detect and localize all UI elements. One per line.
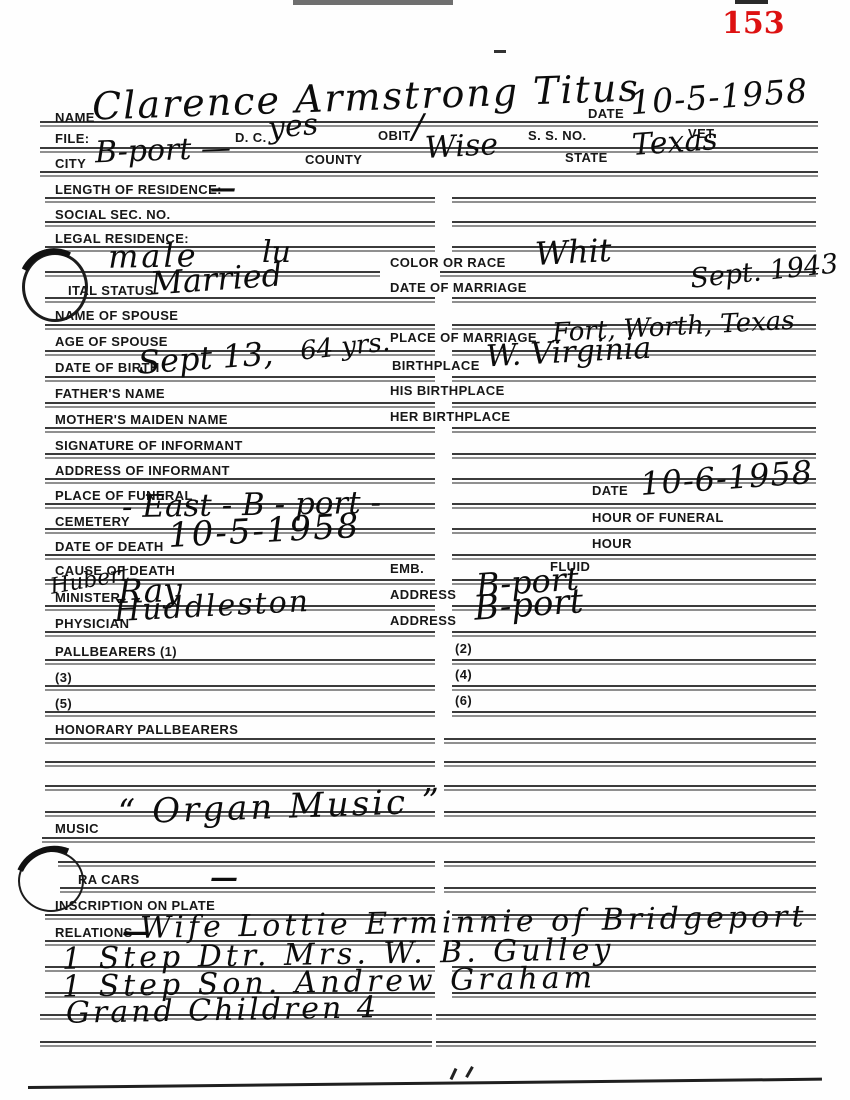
- ruled-line: [452, 376, 816, 382]
- ruled-line: [452, 221, 816, 227]
- ruled-line: [436, 1014, 816, 1020]
- ruled-line: [444, 811, 816, 817]
- funeral-date-label: DATE: [592, 483, 628, 498]
- ruled-line: [452, 554, 816, 560]
- ruled-line: [45, 761, 435, 767]
- social-sec-no-label: SOCIAL SEC. NO.: [55, 207, 171, 222]
- physician-address-label: ADDRESS: [390, 613, 456, 628]
- ruled-line: [45, 659, 435, 665]
- ruled-line: [444, 738, 816, 744]
- physician-address-value: B-port: [473, 584, 584, 626]
- scan-artifact-bar: [293, 0, 453, 5]
- name-value: Clarence Armstrong Titus: [92, 68, 641, 125]
- name-of-spouse-label: NAME OF SPOUSE: [55, 308, 178, 323]
- music-label: MUSIC: [55, 821, 99, 836]
- ruled-line: [444, 785, 816, 791]
- ruled-line: [40, 171, 818, 177]
- state-value: Texas: [631, 125, 719, 161]
- ruled-line: [452, 503, 816, 509]
- relations-line-4: Grand Children 4: [66, 993, 379, 1028]
- color-or-race-label: COLOR OR RACE: [390, 255, 506, 270]
- ruled-line: [452, 297, 816, 303]
- date-of-death-value: 10-5-1958: [167, 509, 361, 553]
- pallbearers-1-label: PALLBEARERS (1): [55, 644, 177, 659]
- marital-status-value: Married: [149, 258, 283, 299]
- fathers-name-label: FATHER'S NAME: [55, 386, 165, 401]
- dc-label: D. C.: [235, 130, 267, 145]
- marital-status-label: ITAL STATUS: [68, 283, 154, 298]
- hour-label: HOUR: [592, 536, 632, 551]
- extra-cars-value: —: [210, 864, 238, 892]
- county-value: Wise: [424, 130, 499, 164]
- pallbearers-6-label: (6): [455, 693, 472, 708]
- mothers-maiden-name-label: MOTHER'S MAIDEN NAME: [55, 412, 228, 427]
- ruled-line: [45, 685, 435, 691]
- ruled-line: [452, 427, 816, 433]
- file-label: FILE:: [55, 131, 90, 146]
- city-label: CITY: [55, 156, 86, 171]
- address-of-informant-label: ADDRESS OF INFORMANT: [55, 463, 230, 478]
- city-value: B-port —: [95, 134, 232, 169]
- ruled-line: [452, 246, 816, 252]
- date-of-marriage-value: Sept. 1943: [689, 250, 840, 292]
- obit-mark: /: [412, 110, 423, 144]
- ruled-line: [436, 1041, 816, 1047]
- color-or-race-value: Whit: [534, 234, 612, 270]
- obit-label: OBIT: [378, 128, 411, 143]
- minister-address-label: ADDRESS: [390, 587, 456, 602]
- emb-label: EMB.: [390, 561, 424, 576]
- length-of-residence-value: —: [210, 176, 236, 202]
- birthplace-label: BIRTHPLACE: [392, 358, 480, 373]
- ruled-line: [45, 376, 435, 382]
- dc-value: yes: [267, 110, 320, 144]
- ruled-line: [444, 761, 816, 767]
- hour-of-funeral-label: HOUR OF FUNERAL: [592, 510, 724, 525]
- scan-artifact-dash: [494, 50, 506, 53]
- page-number: 153: [722, 6, 785, 41]
- ruled-line: [45, 427, 435, 433]
- ssno-label: S. S. NO.: [528, 128, 587, 143]
- ruled-line: [45, 711, 435, 717]
- ruled-line: [42, 837, 815, 843]
- ruled-line: [452, 402, 816, 408]
- ruled-line: [452, 659, 816, 665]
- name-label: NAME: [55, 110, 95, 125]
- her-birthplace-label: HER BIRTHPLACE: [390, 409, 510, 424]
- ruled-line: [45, 738, 435, 744]
- ruled-line: [40, 1041, 432, 1047]
- scan-artifact-edge-line: [28, 1078, 822, 1089]
- ruled-line: [45, 197, 435, 203]
- his-birthplace-label: HIS BIRTHPLACE: [390, 383, 505, 398]
- date-value: 10-5-1958: [629, 74, 809, 119]
- extra-cars-label: RA CARS: [78, 872, 140, 887]
- ruled-line: [444, 861, 816, 867]
- pallbearers-5-label: (5): [55, 696, 72, 711]
- ruled-line: [452, 631, 816, 637]
- physician-value: Huddleston: [113, 587, 310, 627]
- age-at-death-value: 64 yrs.: [299, 329, 391, 364]
- county-label: COUNTY: [305, 152, 362, 167]
- pallbearers-2-label: (2): [455, 641, 472, 656]
- date-of-birth-value: Sept 13,: [137, 337, 274, 378]
- funeral-record-form: 153 NAME Clarence Armstrong Titus DATE 1…: [0, 0, 850, 1100]
- pallbearers-3-label: (3): [55, 670, 72, 685]
- honorary-pallbearers-label: HONORARY PALLBEARERS: [55, 722, 238, 737]
- ruled-line: [45, 246, 435, 252]
- pallbearers-4-label: (4): [455, 667, 472, 682]
- date-of-marriage-label: DATE OF MARRIAGE: [390, 280, 527, 295]
- funeral-date-value: 10-6-1958: [639, 456, 814, 500]
- ruled-line: [58, 861, 435, 867]
- ruled-line: [45, 402, 435, 408]
- birthplace-value: W. Virginia: [485, 334, 652, 373]
- ruled-line: [452, 685, 816, 691]
- cemetery-label: CEMETERY: [55, 514, 130, 529]
- state-label: STATE: [565, 150, 608, 165]
- signature-of-informant-label: SIGNATURE OF INFORMANT: [55, 438, 243, 453]
- ruled-line: [452, 528, 816, 534]
- date-of-death-label: DATE OF DEATH: [55, 539, 164, 554]
- scan-artifact-mark: [735, 0, 768, 4]
- scan-artifact-tick: [450, 1068, 458, 1080]
- ruled-line: [60, 887, 435, 893]
- music-value: “ Organ Music ”: [118, 784, 443, 829]
- ruled-line: [45, 631, 435, 637]
- scan-artifact-tick: [465, 1066, 474, 1078]
- ruled-line: [452, 711, 816, 717]
- ruled-line: [45, 478, 435, 484]
- length-of-residence-label: LENGTH OF RESIDENCE:: [55, 182, 222, 197]
- ruled-line: [45, 453, 435, 459]
- ruled-line: [444, 887, 816, 893]
- ruled-line: [45, 554, 435, 560]
- ruled-line: [452, 197, 816, 203]
